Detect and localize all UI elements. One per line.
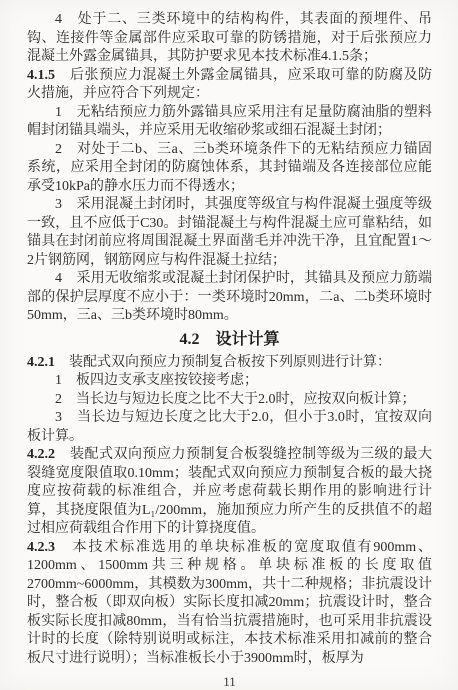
paragraph-text: 1 无粘结预应力筋外露锚具应采用注有足量防腐油脂的塑料帽封闭锚具端头，并应采用无…	[27, 105, 432, 139]
paragraph-text: 3 当长边与短边长度之比大于2.0，但小于3.0时，宜按双向板计算。	[27, 410, 432, 444]
paragraph: 4.2.3 本技术标准选用的单块标准板的宽度取值有900mm、1200mm、15…	[27, 539, 432, 669]
paragraph-text: 2 当长边与短边长度之比不大于2.0时，应按双向板计算；	[55, 392, 416, 407]
paragraph: 4.1.5 后张预应力混凝土外露金属锚具，应采取可靠的防腐及防火措施，并应符合下…	[27, 67, 432, 104]
clause-label: 4.2.2	[27, 447, 55, 462]
clause-label: 4.2.1	[27, 355, 55, 370]
paragraph: 4 处于二、三类环境中的结构构件，其表面的预埋件、吊钩、连接件等金属部件应采取可…	[27, 11, 432, 67]
paragraph: 2 对处于二b、三a、三b类环境条件下的无粘结预应力锚固系统，应采用全封闭的防腐…	[27, 141, 432, 197]
paragraph-text: 本技术标准选用的单块标准板的宽度取值有900mm、1200mm、1500mm共三…	[27, 540, 432, 666]
paragraph: 3 当长边与短边长度之比大于2.0，但小于3.0时，宜按双向板计算。	[27, 409, 432, 446]
paragraph-text: 4 处于二、三类环境中的结构构件，其表面的预埋件、吊钩、连接件等金属部件应采取可…	[27, 12, 432, 64]
paragraph: 1 板四边支承支座按铰接考虑；	[27, 372, 432, 391]
paragraph: 3 采用混凝土封闭时，其强度等级宜与构件混凝土强度等级一致，且不应低于C30。封…	[27, 196, 432, 270]
paragraph: 4.2.2 装配式双向预应力预制复合板裂缝控制等级为三级的最大裂缝宽度限值取0.…	[27, 446, 432, 539]
document-page: 4 处于二、三类环境中的结构构件，其表面的预埋件、吊钩、连接件等金属部件应采取可…	[0, 0, 458, 690]
paragraph-text: 后张预应力混凝土外露金属锚具，应采取可靠的防腐及防火措施，并应符合下列规定：	[27, 68, 432, 102]
paragraph-text: 装配式双向预应力预制复合板按下列原则进行计算：	[55, 355, 391, 370]
paragraph: 4.2.1 装配式双向预应力预制复合板按下列原则进行计算：	[27, 354, 432, 373]
section-heading: 4.2 设计计算	[27, 329, 432, 351]
paragraph: 1 无粘结预应力筋外露锚具应采用注有足量防腐油脂的塑料帽封闭锚具端头，并应采用无…	[27, 104, 432, 141]
paragraph-text: 装配式双向预应力预制复合板裂缝控制等级为三级的最大裂缝宽度限值取0.10mm；装…	[27, 447, 432, 536]
clause-label: 4.1.5	[27, 68, 55, 83]
clause-label: 4.2.3	[27, 540, 55, 555]
paragraph-text: 4 采用无收缩浆或混凝土封闭保护时，其锚具及预应力筋端部的保护层厚度不应小于：一…	[27, 271, 432, 323]
paragraph-text: 3 采用混凝土封闭时，其强度等级宜与构件混凝土强度等级一致，且不应低于C30。封…	[27, 197, 432, 268]
paragraph-text: 2 对处于二b、三a、三b类环境条件下的无粘结预应力锚固系统，应采用全封闭的防腐…	[27, 142, 432, 194]
page-number: 11	[27, 673, 432, 690]
paragraph: 2 当长边与短边长度之比不大于2.0时，应按双向板计算；	[27, 391, 432, 410]
paragraph: 4 采用无收缩浆或混凝土封闭保护时，其锚具及预应力筋端部的保护层厚度不应小于：一…	[27, 270, 432, 326]
paragraph-text: 1 板四边支承支座按铰接考虑；	[55, 373, 258, 388]
